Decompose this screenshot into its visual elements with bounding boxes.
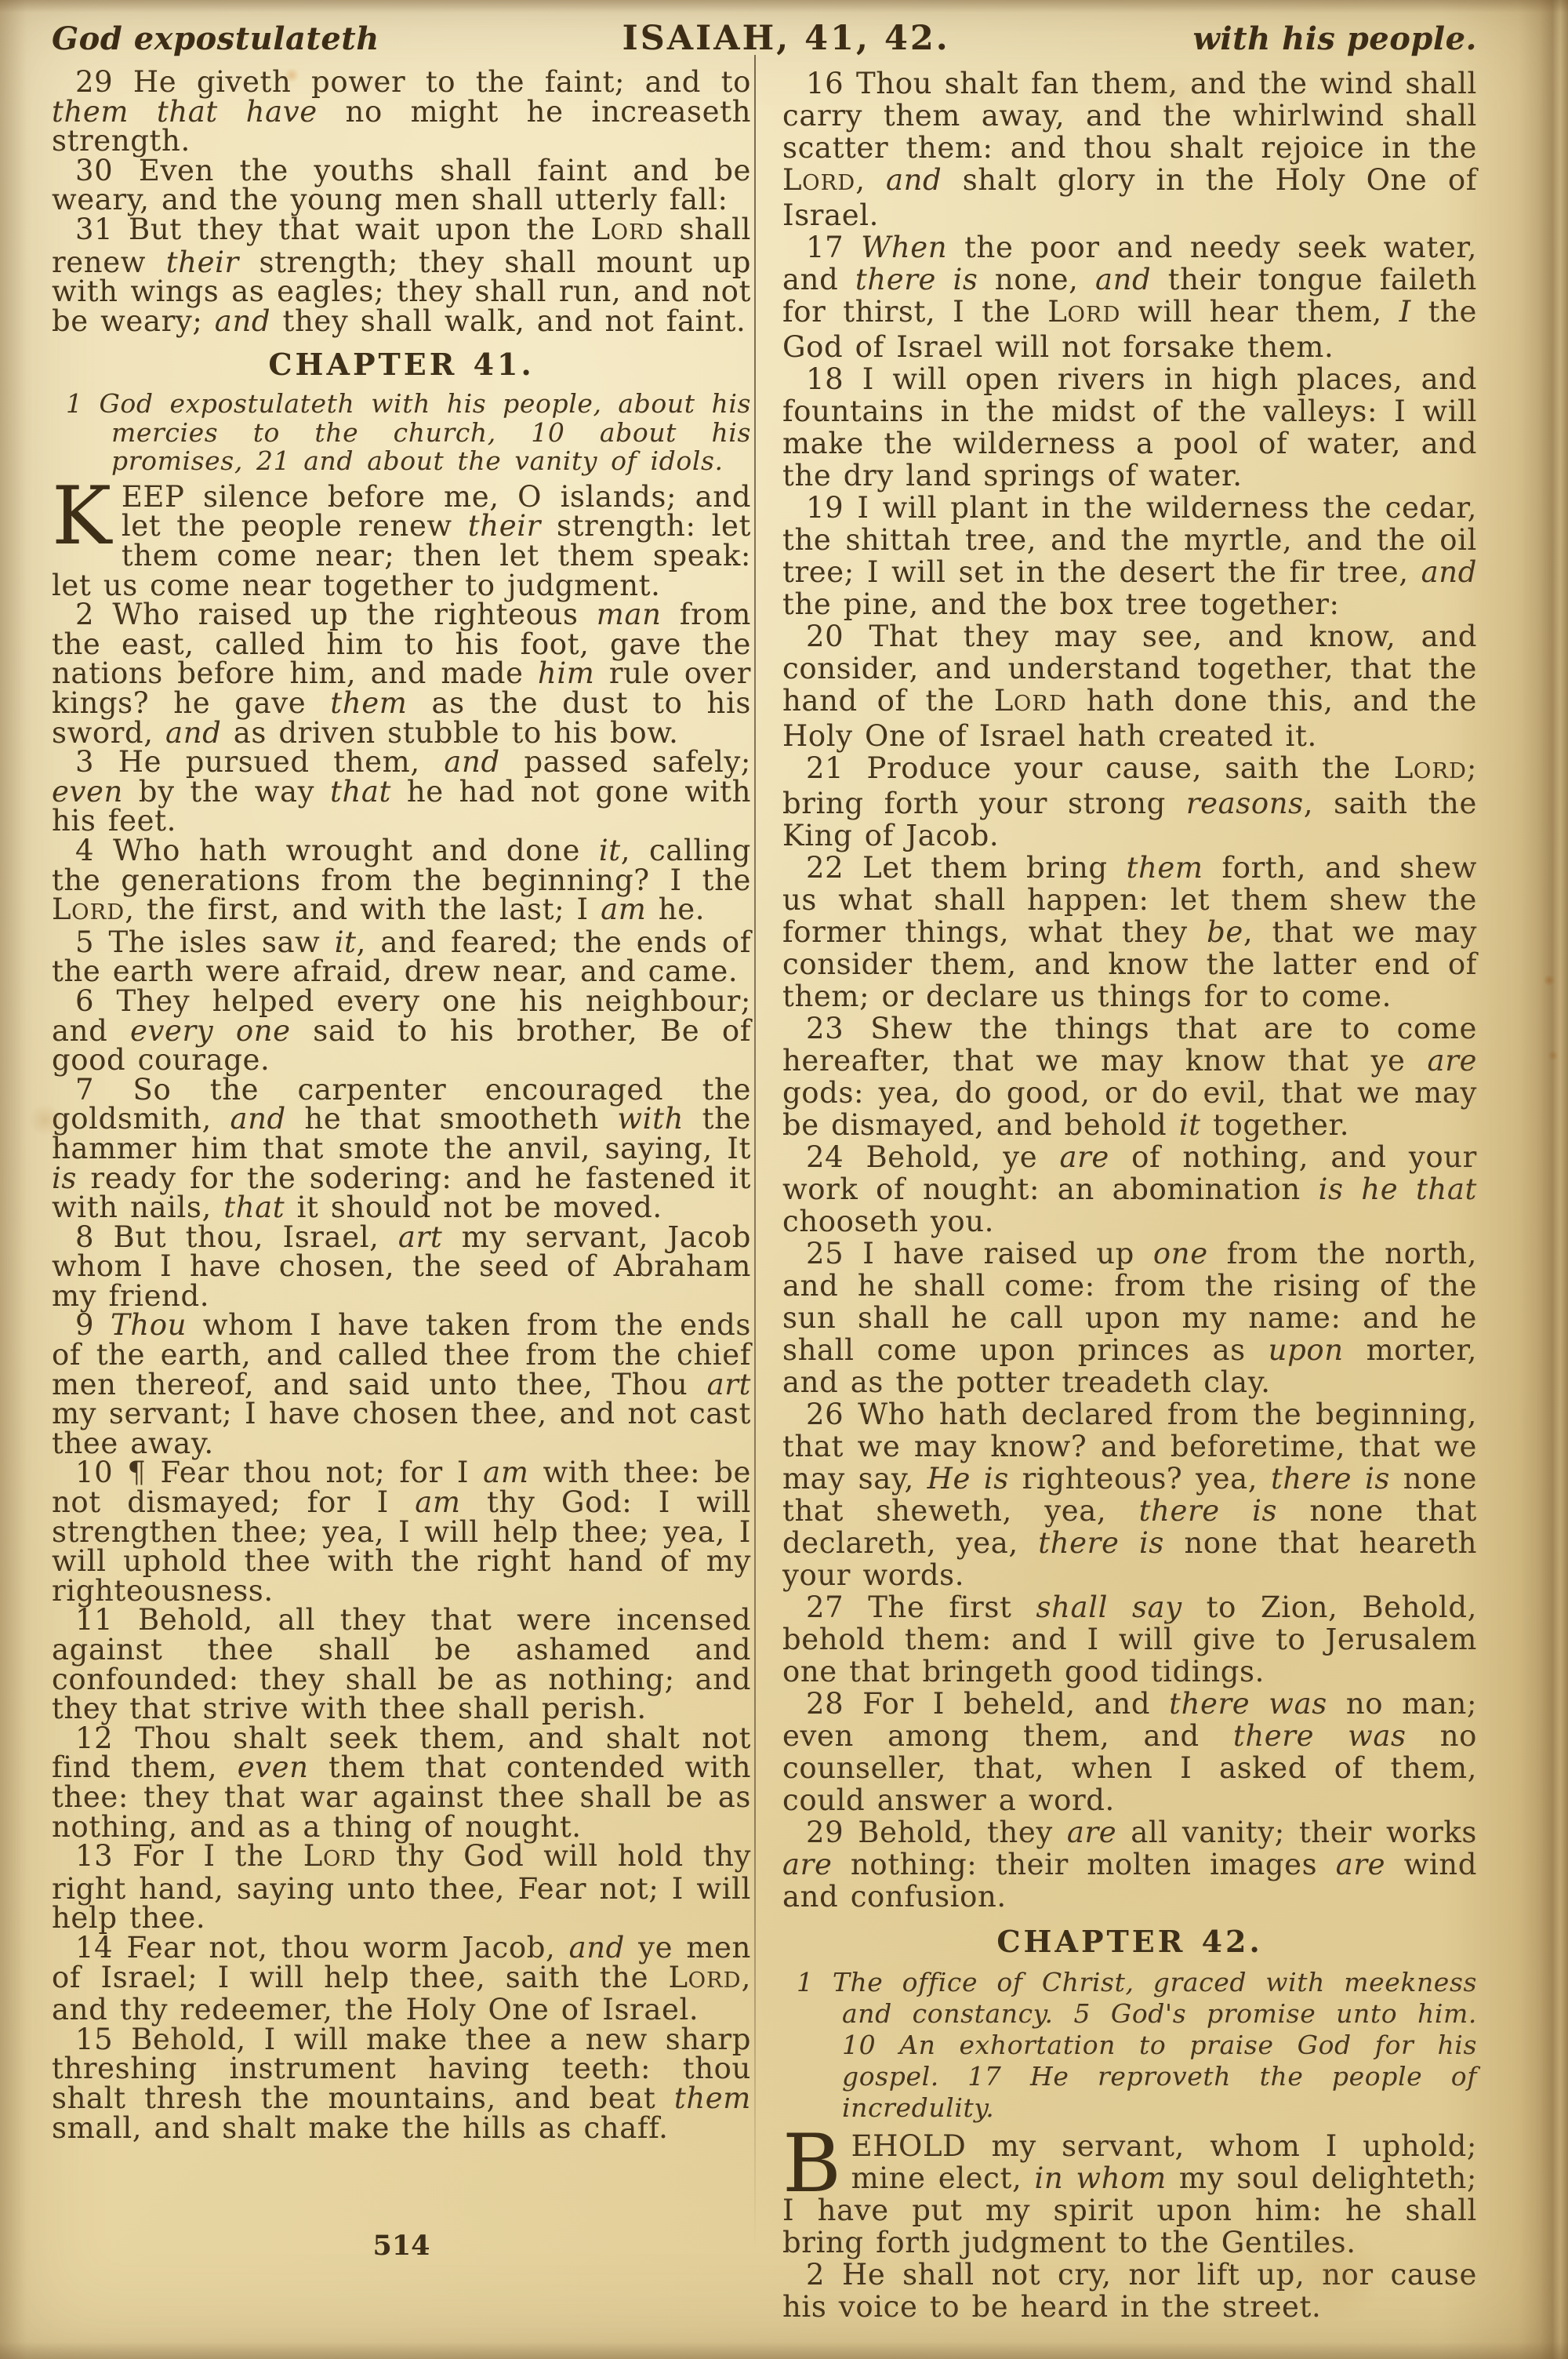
verse: 25 I have raised up one from the north, … (782, 1238, 1477, 1398)
column-divider-rule (754, 55, 756, 2251)
verse: 11 Behold, all they that were incensed a… (52, 1605, 751, 1723)
verse-number: 18 (806, 362, 862, 396)
verse-number: 19 (806, 491, 857, 525)
verse: 30 Even the youths shall faint and be we… (52, 156, 751, 215)
first-verse: BEHOLD my servant, whom I uphold; mine e… (782, 2130, 1477, 2259)
italic-supplied-word: there is (855, 263, 978, 296)
verse: 19 I will plant in the wilderness the ce… (782, 492, 1477, 620)
chapter-heading: CHAPTER 42. (782, 1924, 1477, 1959)
drop-cap-letter: K (52, 482, 122, 546)
italic-supplied-word: their (166, 245, 239, 279)
italic-supplied-word: I (1399, 295, 1411, 329)
italic-supplied-word: and (1095, 263, 1151, 296)
italic-supplied-word: there is (1271, 1462, 1390, 1496)
verse-number: 28 (806, 1687, 862, 1721)
italic-supplied-word: are (1067, 1816, 1116, 1849)
italic-supplied-word: are (1336, 1848, 1385, 1881)
italic-supplied-word: He is (927, 1462, 1009, 1496)
verse: 4 Who hath wrought and done it, calling … (52, 836, 751, 928)
italic-supplied-word: that (330, 775, 391, 809)
divine-name-smallcaps: LORD (303, 1839, 376, 1873)
italic-supplied-word: Thou (111, 1308, 187, 1342)
verse: 17 When the poor and needy seek water, a… (782, 231, 1477, 363)
italic-supplied-word: and (215, 304, 270, 338)
verse-number: 2 (806, 2258, 842, 2292)
divine-name-smallcaps: LORD (668, 1961, 741, 1994)
verse-number: 29 (806, 1816, 858, 1849)
italic-supplied-word: them that have (52, 95, 318, 129)
page-edge-bottom (0, 2342, 1568, 2359)
page-number: 514 (52, 2230, 751, 2262)
italic-supplied-word: him (538, 656, 595, 690)
verse: 31 But they that wait upon the LORD shal… (52, 215, 751, 336)
verse: 2 He shall not cry, nor lift up, nor cau… (782, 2259, 1477, 2323)
divine-name-smallcaps: LORD (52, 892, 125, 926)
first-verse: KEEP silence before me, O islands; and l… (52, 482, 751, 600)
italic-supplied-word: upon (1269, 1333, 1344, 1367)
verse-number: 9 (75, 1308, 111, 1342)
italic-supplied-word: be (1207, 915, 1243, 949)
verse-number: 27 (806, 1590, 868, 1624)
italic-supplied-word: every one (130, 1014, 291, 1048)
verse: 6 They helped every one his neighbour; a… (52, 987, 751, 1075)
verse-number: 29 (75, 65, 133, 99)
italic-supplied-word: that (223, 1190, 285, 1224)
verse-number: 13 (75, 1839, 132, 1873)
italic-supplied-word: is he that (1319, 1172, 1477, 1206)
italic-supplied-word: are (1428, 1044, 1477, 1078)
italic-supplied-word: them (1127, 851, 1203, 885)
verse: 26 Who hath declared from the beginning,… (782, 1398, 1477, 1591)
verse-number: 26 (806, 1398, 858, 1431)
verse: 5 The isles saw it, and feared; the ends… (52, 928, 751, 987)
verse: 13 For I the LORD thy God will hold thy … (52, 1841, 751, 1933)
verse: 24 Behold, ye are of nothing, and your w… (782, 1141, 1477, 1238)
page-title: ISAIAH, 41, 42. (622, 19, 950, 58)
italic-supplied-word: and (444, 745, 499, 779)
verse: 9 Thou whom I have taken from the ends o… (52, 1310, 751, 1458)
verse: 10 ¶ Fear thou not; for I am with thee: … (52, 1458, 751, 1605)
italic-supplied-word: man (597, 598, 662, 631)
italic-supplied-word: it (335, 925, 357, 959)
italic-supplied-word: and (230, 1102, 285, 1136)
verse-number: 17 (806, 231, 861, 264)
verse-number: 16 (806, 67, 856, 100)
italic-supplied-word: am (601, 892, 646, 926)
verse-number: 24 (806, 1140, 866, 1174)
verse: 2 Who raised up the righteous man from t… (52, 600, 751, 747)
verse: 29 He giveth power to the faint; and to … (52, 67, 751, 156)
chapter-heading: CHAPTER 41. (52, 347, 751, 382)
italic-supplied-word: there was (1233, 1719, 1406, 1753)
verse-number: 8 (75, 1220, 114, 1254)
verse-number: 5 (75, 925, 108, 959)
verse: 23 Shew the things that are to come here… (782, 1012, 1477, 1141)
verse-number: 3 (75, 745, 118, 779)
verse: 28 For I beheld, and there was no man; e… (782, 1688, 1477, 1816)
italic-supplied-word: there is (1139, 1494, 1278, 1528)
chapter-summary: 1 God expostulateth with his people, abo… (52, 390, 751, 476)
verse: 8 But thou, Israel, art my servant, Jaco… (52, 1223, 751, 1311)
verse-number: 12 (75, 1721, 135, 1755)
italic-supplied-word: is (52, 1161, 77, 1195)
verse: 15 Behold, I will make thee a new sharp … (52, 2025, 751, 2143)
running-head-left: God expostulateth (52, 20, 379, 57)
italic-supplied-word: God's promise unto him. (1111, 1998, 1477, 2029)
italic-supplied-word: and (569, 1931, 625, 1965)
verse-number: 7 (75, 1073, 133, 1107)
verse-number: 11 (75, 1603, 138, 1637)
verse-number: 20 (806, 620, 869, 653)
page-edge-top (0, 0, 1568, 13)
divine-name-smallcaps: LORD (1047, 295, 1120, 329)
italic-supplied-word: one (1153, 1237, 1208, 1270)
scanned-bible-page: { "header": { "running_head_left": "God … (0, 0, 1568, 2359)
italic-supplied-word: with (617, 1102, 684, 1136)
verse-number: 21 (806, 751, 867, 785)
italic-supplied-word: and (886, 163, 942, 197)
page-edge-left (0, 0, 27, 2359)
verse-number: 31 (75, 213, 129, 246)
italic-supplied-word: there is (1038, 1526, 1164, 1560)
italic-supplied-word: art (707, 1368, 751, 1401)
italic-supplied-word: and (165, 716, 221, 750)
italic-supplied-word: shall say (1036, 1590, 1181, 1624)
verse-number: 15 (75, 2023, 131, 2056)
italic-supplied-word: reasons (1186, 787, 1304, 820)
italic-supplied-word: and (1421, 555, 1477, 589)
divine-name-smallcaps: LORD (1394, 751, 1467, 785)
divine-name-smallcaps: LORD (994, 684, 1067, 718)
verse: 7 So the carpenter encouraged the goldsm… (52, 1075, 751, 1223)
verse: 14 Fear not, thou worm Jacob, and ye men… (52, 1933, 751, 2025)
verse-number: 10 (75, 1456, 127, 1489)
italic-supplied-word: there was (1169, 1687, 1327, 1721)
divine-name-smallcaps: LORD (591, 213, 664, 246)
verse: 12 Thou shalt seek them, and shalt not f… (52, 1724, 751, 1841)
verse: 29 Behold, they are all vanity; their wo… (782, 1816, 1477, 1913)
verse-number: 2 (75, 598, 112, 631)
drop-cap-letter: B (782, 2130, 851, 2194)
italic-supplied-word: are (782, 1848, 832, 1881)
divine-name-smallcaps: LORD (782, 163, 855, 197)
verse: 18 I will open rivers in high places, an… (782, 363, 1477, 492)
running-header: God expostulateth ISAIAH, 41, 42. with h… (52, 19, 1477, 58)
italic-supplied-word: in whom (1034, 2161, 1166, 2195)
italic-supplied-word: it (599, 834, 621, 867)
italic-supplied-word: them (674, 2081, 751, 2115)
verse-number: 22 (806, 851, 862, 885)
verse-number: 25 (806, 1237, 862, 1270)
verse: 16 Thou shalt fan them, and the wind sha… (782, 67, 1477, 231)
verse-number: 14 (75, 1931, 126, 1965)
verse-number: 30 (75, 154, 139, 187)
italic-supplied-word: even (52, 775, 123, 809)
chapter-summary: 1 The office of Christ, graced with meek… (782, 1967, 1477, 2124)
verse-number: 6 (75, 984, 117, 1018)
italic-supplied-word: When (861, 231, 947, 264)
verse-number: 23 (806, 1012, 870, 1045)
italic-supplied-word: are (1059, 1140, 1109, 1174)
left-text-column: 29 He giveth power to the faint; and to … (52, 67, 751, 2143)
verse: 3 He pursued them, and passed safely; ev… (52, 747, 751, 836)
italic-supplied-word: even (238, 1750, 309, 1784)
italic-supplied-word: art (398, 1220, 442, 1254)
verse-number: 4 (75, 834, 113, 867)
right-text-column: 16 Thou shalt fan them, and the wind sha… (782, 67, 1477, 2323)
verse: 20 That they may see, and know, and cons… (782, 620, 1477, 752)
verse: 27 The first shall say to Zion, Behold, … (782, 1591, 1477, 1688)
italic-supplied-word: and about the vanity of idols. (303, 445, 723, 476)
italic-supplied-word: am (415, 1485, 460, 1519)
italic-supplied-word: them (330, 686, 407, 720)
italic-supplied-word: it (1179, 1108, 1201, 1142)
running-head-right: with his people. (1193, 20, 1477, 57)
italic-supplied-word: their (468, 509, 541, 543)
verse: 21 Produce your cause, saith the LORD; b… (782, 752, 1477, 852)
italic-supplied-word: am (483, 1456, 528, 1489)
verse: 22 Let them bring them forth, and shew u… (782, 852, 1477, 1012)
